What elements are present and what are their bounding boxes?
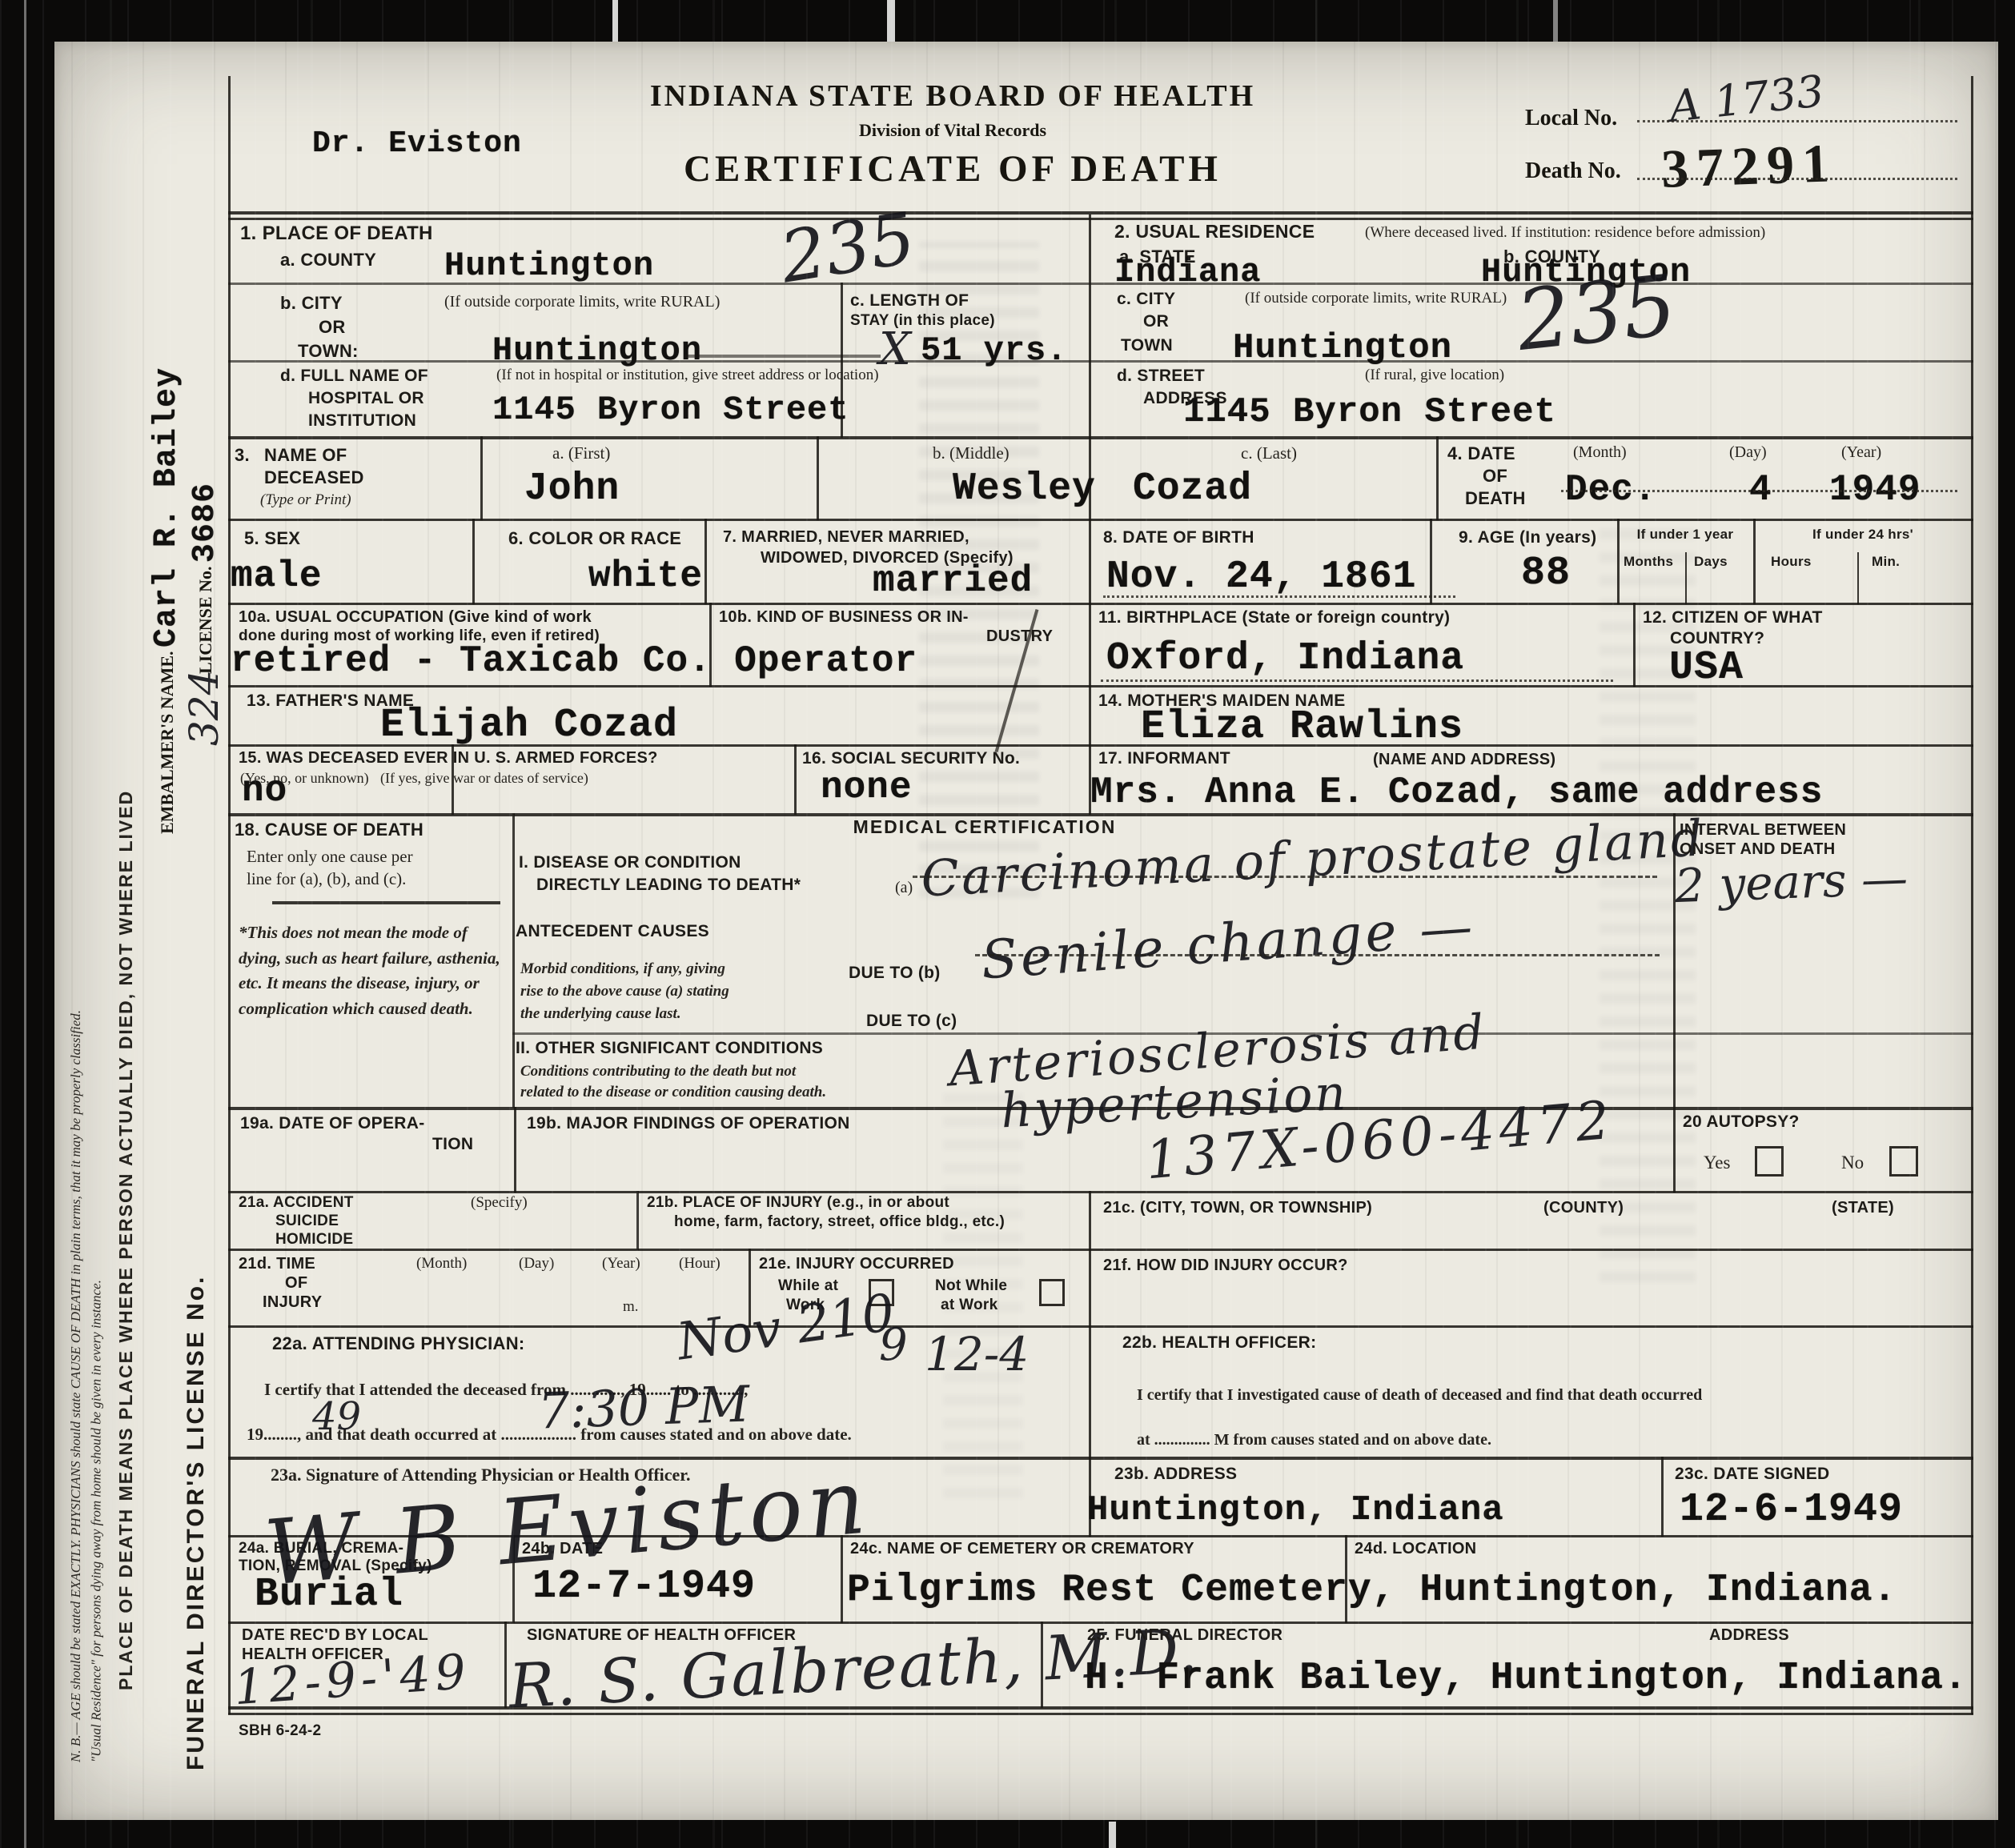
field-21d-label3: INJURY [263,1293,322,1312]
field-4-label1: 4. DATE [1447,443,1515,464]
other-conditions-label: II. OTHER SIGNIFICANT CONDITIONS [516,1039,823,1058]
field-1b-city-value: Huntington [492,331,702,370]
field-2a-state-value: Indiana [1114,253,1261,291]
attended-9-handwritten: 9 [879,1319,908,1371]
field-2c-label2: OR [1143,312,1169,331]
field-21a-label1: 21a. ACCIDENT [239,1194,354,1212]
field-1b-label3: TOWN: [298,341,359,362]
field-21c-city-label: 21c. (CITY, TOWN, OR TOWNSHIP) [1103,1199,1372,1217]
field-5-label: 5. SEX [244,528,300,549]
field-21a-label3: HOMICIDE [275,1231,353,1249]
field-9-hours-label: Hours [1771,554,1812,570]
signer-address-value: Huntington, Indiana [1087,1490,1504,1530]
sex-value: male [231,555,322,597]
field-9-under24-label: If under 24 hrs' [1755,527,1971,543]
field-9-days-label: Days [1694,554,1728,570]
grid-line [704,519,707,604]
field-21a-note: (Specify) [471,1194,528,1212]
field-3-title2: DECEASED [264,467,364,488]
field-1b-handwritten-x: X [879,323,911,375]
death-no-line [1637,178,1957,180]
cause-a-tag: (a) [895,879,913,897]
antecedent-label: ANTECEDENT CAUSES [516,922,709,941]
field-21c-state-label: (STATE) [1832,1199,1894,1217]
morbid-note2: rise to the above cause (a) stating [520,983,729,1000]
middle-name-value: Wesley [953,467,1096,511]
grid-line [472,519,475,604]
field-25-label: 25. FUNERAL DIRECTOR [1087,1626,1282,1645]
due-to-c-tag: DUE TO (c) [866,1012,957,1031]
field-1d-label2: HOSPITAL OR [308,389,424,408]
father-name-value: Elijah Cozad [380,703,678,748]
scan-streak [887,0,895,46]
field-1a-label: a. COUNTY [280,250,376,271]
citizenship-value: USA [1669,645,1744,691]
grid-line [1089,214,1091,815]
death-no-label: Death No. [1525,158,1621,184]
field-4-month-label: (Month) [1573,443,1627,462]
grid-line [512,813,515,1108]
field-1c-length-of-stay-value: 51 yrs. [921,331,1067,370]
grid-line [228,360,1973,363]
grid-line [1089,1191,1091,1537]
field-17-note: (NAME AND ADDRESS) [1373,751,1555,769]
field-21d-hour-label: (Hour) [679,1255,721,1273]
margin-place-of-death-note: PLACE OF DEATH MEANS PLACE WHERE PERSON … [115,346,137,1690]
field-2c-note: (If outside corporate limits, write RURA… [1245,290,1507,307]
field-10b-label1: 10b. KIND OF BUSINESS OR IN- [719,608,969,627]
field-1-title: 1. PLACE OF DEATH [240,222,433,245]
field-4-label2: OF [1483,466,1507,487]
field-18-note1: Enter only one cause per [247,847,413,867]
field-2c-label3: TOWN [1121,336,1173,355]
interval-label1: INTERVAL BETWEEN [1680,821,1846,840]
due-to-b-tag: DUE TO (b) [849,964,941,983]
grid-line [272,901,500,904]
grid-line [1971,76,1973,1714]
field-9-min-label: Min. [1872,554,1900,570]
field-1b-label1: b. CITY [280,293,343,314]
grid-line [228,519,1973,521]
field-21d-m-label: m. [623,1298,639,1316]
field-3-first-label: a. (First) [552,443,610,463]
scanned-death-certificate: N. B.— AGE should be stated EXACTLY. PHY… [0,0,2015,1848]
birth-date-value: Nov. 24, 1861 [1106,555,1416,599]
field-1b-label2: OR [319,317,346,338]
disease-label1: I. DISEASE OR CONDITION [519,853,741,872]
autopsy-no-checkbox [1889,1146,1918,1177]
field-2c-handwritten-235: 235 [1512,256,1680,370]
grid-line [1633,603,1636,687]
field-18-note2: line for (a), (b), and (c). [247,869,406,889]
field-9-months-label: Months [1624,554,1673,570]
field-1d-address-value: 1145 Byron Street [492,391,849,429]
grid-line [817,436,819,520]
age-value: 88 [1521,551,1571,596]
org-division: Division of Vital Records [512,120,1393,141]
cause-b-line [975,954,1660,956]
local-no-line [1637,120,1957,122]
field-11-line [1101,679,1613,682]
grid-line [1430,519,1432,604]
field-22b-label: 22b. HEALTH OFFICER: [1122,1333,1316,1353]
grid-line [1685,552,1687,604]
field-17-label: 17. INFORMANT [1098,749,1230,768]
grid-line [228,211,1973,214]
mother-maiden-name-value: Eliza Rawlins [1141,704,1463,750]
field-1b-note: (If outside corporate limits, write RURA… [444,293,720,311]
form-number: SBH 6-24-2 [239,1722,321,1740]
margin-fine-print: N. B.— AGE should be stated EXACTLY. PHY… [66,114,112,1762]
scan-streak [612,0,618,44]
grid-line [794,744,797,815]
morbid-note3: the underlying cause last. [520,1005,681,1023]
field-12-label1: 12. CITIZEN OF WHAT [1643,608,1823,627]
field-15-note2: (If yes, give war or dates of service) [380,770,588,787]
cause-a-line [913,876,1657,878]
morbid-note1: Morbid conditions, if any, giving [520,960,725,978]
field-21d-day-label: (Day) [519,1255,554,1273]
injury-not-while-at-work-checkbox [1039,1279,1065,1306]
field-24d-label: 24d. LOCATION [1355,1540,1476,1558]
grid-line [480,436,483,520]
medical-certification-title: MEDICAL CERTIFICATION [761,816,1209,838]
field-21b-label2: home, farm, factory, street, office bldg… [674,1213,1005,1231]
grid-line [228,1249,1973,1251]
field-2d-note: (If rural, give location) [1365,367,1504,384]
grid-line [636,1191,639,1250]
embalmer-name: Carl R. Bailey [149,367,185,647]
field-22a-label: 22a. ATTENDING PHYSICIAN: [272,1333,525,1354]
field-1c-label2: STAY (in this place) [850,312,995,330]
field-8-line [1103,595,1455,598]
grid-line [228,1706,1973,1710]
field-2c-label1: c. CITY [1117,290,1175,309]
field-8-label: 8. DATE OF BIRTH [1103,528,1254,547]
field-21e-label: 21e. INJURY OCCURRED [759,1255,954,1273]
field-7-label1: 7. MARRIED, NEVER MARRIED, [723,528,969,547]
field-25-address-label: ADDRESS [1709,1626,1789,1645]
attended-year-handwritten: 49 [312,1394,361,1439]
field-3-last-label: c. (Last) [1241,443,1297,463]
embalmer-label: EMBALMER'S NAME. [157,651,177,834]
grid-line [504,1622,507,1708]
grid-line [1857,552,1859,604]
field-4-year-label: (Year) [1841,443,1881,462]
field-21a-label2: SUICIDE [275,1213,339,1230]
field-21b-label1: 21b. PLACE OF INJURY (e.g., in or about [647,1194,949,1212]
autopsy-yes-label: Yes [1704,1152,1730,1173]
cemetery-value: Pilgrims Rest Cemetery, Huntington, Indi… [847,1569,1897,1612]
field-21f-label: 21f. HOW DID INJURY OCCUR? [1103,1257,1348,1275]
field-15-label: 15. WAS DECEASED EVER IN U. S. ARMED FOR… [239,749,658,768]
doctor-annotation: Dr. Eviston [312,126,522,161]
grid-line [228,218,1973,220]
org-title: INDIANA STATE BOARD OF HEALTH [512,78,1393,114]
occupation-value: retired - Taxicab Co. Operator [231,640,917,682]
field-1c-label1: c. LENGTH OF [850,291,969,311]
margin-note-line2: "Usual Residence" for persons dying away… [86,114,107,1762]
field-22b-certify-line2: at .............. M from causes stated a… [1137,1431,1491,1449]
field-9-label: 9. AGE (In years) [1459,528,1596,547]
field-6-label: 6. COLOR OR RACE [508,528,681,549]
field-4-label3: DEATH [1465,488,1526,509]
field-1d-note: (If not in hospital or institution, give… [496,367,879,384]
other-conditions-note2: related to the disease or condition caus… [520,1084,826,1101]
armed-forces-value: no [242,770,287,812]
field-1d-label3: INSTITUTION [308,411,416,431]
grid-line [228,1457,1973,1460]
grid-line [228,1191,1973,1193]
field-2d-address-value: 1145 Byron Street [1183,392,1556,432]
field-22b-certify-line1: I certify that I investigated cause of d… [1137,1386,1702,1405]
pen-stroke [684,355,881,358]
attended-to-handwritten: 12-4 [925,1327,1029,1381]
grid-line [514,1107,516,1193]
field-21d-label2: OF [285,1274,307,1293]
marital-status-value: married [873,560,1033,602]
field-10b-label2: DUSTRY [986,627,1053,646]
field-24c-label: 24c. NAME OF CEMETERY OR CREMATORY [850,1540,1194,1558]
field-4-day-label: (Day) [1729,443,1767,462]
grid-line [1661,1457,1664,1537]
other-conditions-note1: Conditions contributing to the death but… [520,1063,796,1080]
field-9-under1-label: If under 1 year [1619,527,1752,543]
margin-note-line1: N. B.— AGE should be stated EXACTLY. PHY… [66,114,86,1762]
field-23b-label: 23b. ADDRESS [1114,1465,1237,1484]
field-11-label: 11. BIRTHPLACE (State or foreign country… [1098,608,1450,627]
field-19a-label2: TION [432,1135,473,1154]
grid-line [228,1713,1973,1715]
field-10a-label1: 10a. USUAL OCCUPATION (Give kind of work [239,608,592,627]
margin-funeral-director-license-label: FUNERAL DIRECTOR'S LICENSE No. [183,754,210,1770]
ssn-value: none [821,767,912,808]
date-received-label1: DATE REC'D BY LOCAL [242,1626,428,1645]
field-23c-label: 23c. DATE SIGNED [1675,1465,1829,1484]
field-2d-label1: d. STREET [1117,367,1205,386]
funeral-director-value: H. Frank Bailey, Huntington, Indiana. [1085,1657,1968,1700]
field-4-line [1561,490,1957,492]
grid-line [228,76,231,1714]
field-21e-notwhile-label2: at Work [941,1297,997,1314]
license-no: 3686 [187,483,223,563]
local-no-label: Local No. [1525,106,1617,131]
death-no-value: 37291 [1660,131,1839,201]
field-2-title: 2. USUAL RESIDENCE [1114,221,1315,243]
field-16-label: 16. SOCIAL SECURITY No. [802,749,1020,768]
death-time-handwritten: 7:30 PM [537,1374,751,1440]
race-value: white [588,555,703,597]
birthplace-value: Oxford, Indiana [1106,637,1464,680]
first-name-value: John [524,467,620,511]
field-19a-label1: 19a. DATE OF OPERA- [240,1114,425,1133]
field-3-title1: NAME OF [264,445,347,466]
funeral-director-license-handwritten: 324 [181,602,227,746]
page-title: CERTIFICATE OF DEATH [512,147,1393,190]
field-2-note: (Where deceased lived. If institution: r… [1365,224,1765,242]
field-1d-label1: d. FULL NAME OF [280,367,428,386]
field-18-title: 18. CAUSE OF DEATH [235,820,423,840]
field-3-title3: (Type or Print) [260,491,351,509]
grid-line [228,436,1973,439]
field-21d-label1: 21d. TIME [239,1255,315,1273]
informant-value: Mrs. Anna E. Cozad, same address [1090,772,1823,813]
autopsy-no-label: No [1841,1152,1864,1173]
autopsy-yes-checkbox [1755,1146,1784,1177]
grid-line [1436,436,1439,520]
disease-label2: DIRECTLY LEADING TO DEATH* [536,876,801,895]
field-20-label: 20 AUTOPSY? [1683,1112,1800,1132]
field-21d-year-label: (Year) [602,1255,640,1273]
field-19b-label: 19b. MAJOR FINDINGS OF OPERATION [527,1114,850,1133]
field-2c-city-value: Huntington [1233,328,1452,368]
scan-streak [1109,1822,1116,1848]
field-21e-notwhile-label1: Not While [935,1277,1007,1295]
margin-embalmer: EMBALMER'S NAME. Carl R. Bailey [149,170,185,834]
field-21d-month-label: (Month) [416,1255,467,1273]
field-21c-county-label: (COUNTY) [1543,1199,1624,1217]
field-18-note3: *This does not mean the mode of dying, s… [239,920,503,1021]
scan-streak [1553,0,1558,44]
last-name-value: Cozad [1133,467,1252,511]
field-3-no: 3. [235,445,250,466]
interval-value: 2 years — [1674,851,1909,913]
field-3-middle-label: b. (Middle) [933,443,1010,463]
date-signed-value: 12-6-1949 [1680,1487,1903,1533]
grid-line [228,1325,1973,1328]
field-1a-county-value: Huntington [444,247,654,285]
scan-streak [24,0,26,1848]
grid-line [228,603,1973,605]
